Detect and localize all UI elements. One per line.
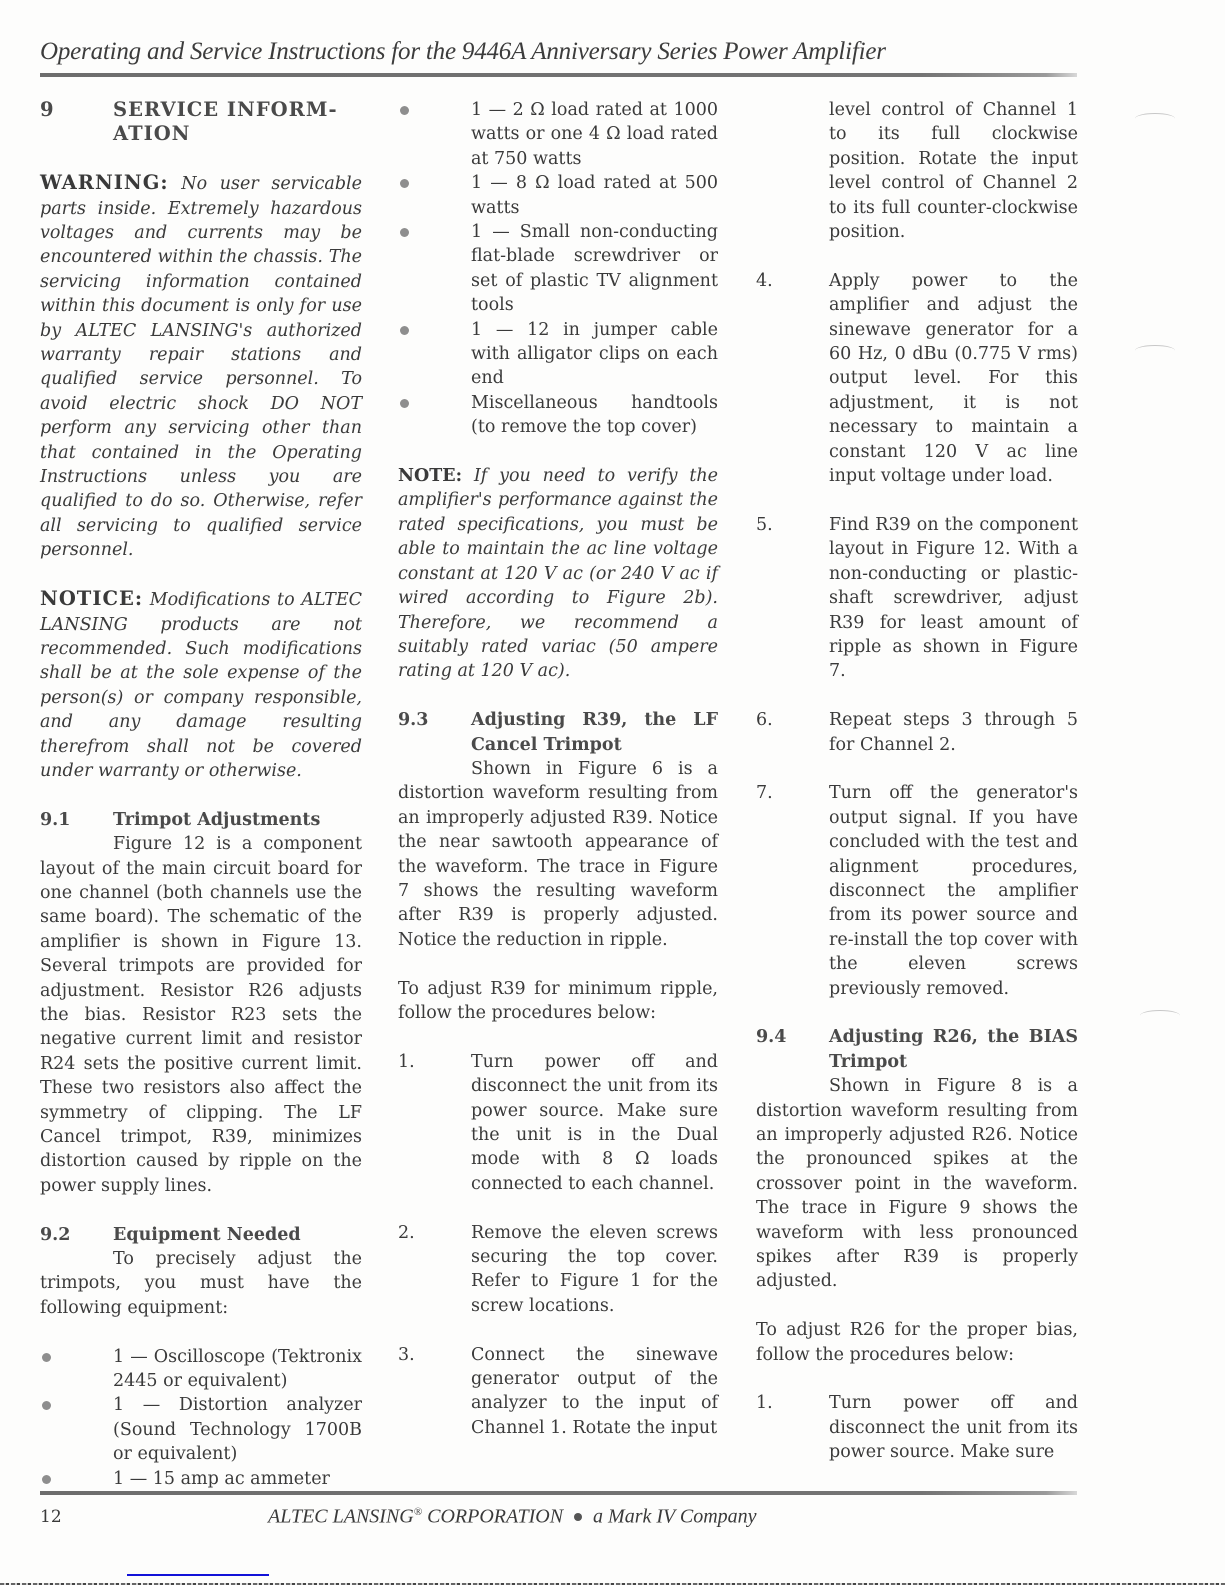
equipment-item: 1 — Distortion analyzer (Sound Technolog… xyxy=(40,1393,362,1466)
section-9-3-intro: To adjust R39 for minimum ripple, follow… xyxy=(398,977,718,1026)
note-label: NOTE: xyxy=(398,466,462,486)
procedure-step: 1. Turn power off and disconnect the uni… xyxy=(756,1391,1078,1464)
scan-artifact xyxy=(1140,1010,1180,1021)
notice-label: NOTICE: xyxy=(40,587,143,610)
section-9-4-body: Shown in Figure 8 is a distortion wavefo… xyxy=(756,1074,1078,1294)
bullet-icon xyxy=(40,1467,113,1491)
note-paragraph: NOTE: If you need to verify the amplifie… xyxy=(398,464,718,684)
header-rule xyxy=(40,73,1077,77)
corporation-label: CORPORATION xyxy=(427,1506,563,1528)
section-9-3-body: Shown in Figure 6 is a distortion wavefo… xyxy=(398,757,718,952)
bullet-icon xyxy=(398,391,471,440)
footer-company-line: ALTEC LANSING® CORPORATION a Mark IV Com… xyxy=(268,1500,757,1529)
bullet-icon xyxy=(40,1345,113,1394)
equipment-item: 1 — Oscilloscope (Tektronix 2445 or equi… xyxy=(40,1345,362,1394)
registered-mark: ® xyxy=(414,1506,422,1518)
section-9-4-heading: 9.4 Adjusting R26, the BIAS Trimpot xyxy=(756,1025,1078,1074)
section-9-2-body: To precisely adjust the trimpots, you mu… xyxy=(40,1247,362,1320)
section-9-heading: 9 SERVICE INFORM- ATION xyxy=(40,98,362,147)
procedure-step: 4. Apply power to the amplifier and adju… xyxy=(756,269,1078,489)
company-name: ALTEC LANSING xyxy=(268,1506,414,1528)
bullet-icon xyxy=(574,1513,582,1521)
bullet-icon xyxy=(398,318,471,391)
bullet-icon xyxy=(398,220,471,318)
equipment-item: 1 — Small non-conducting flat-blade scre… xyxy=(398,220,718,318)
section-title: SERVICE INFORM- ATION xyxy=(113,98,362,147)
column-1: 9 SERVICE INFORM- ATION WARNING: No user… xyxy=(40,98,362,1491)
procedure-step-continued: level control of Channel 1 to its full c… xyxy=(756,98,1078,244)
page-header-title: Operating and Service Instructions for t… xyxy=(40,40,886,64)
scan-artifact xyxy=(1135,113,1175,124)
equipment-item: 1 — 12 in jumper cable with alligator cl… xyxy=(398,318,718,391)
warning-label: WARNING: xyxy=(40,171,169,194)
note-text: If you need to verify the amplifier's pe… xyxy=(398,466,718,681)
column-2: 1 — 2 Ω load rated at 1000 watts or one … xyxy=(398,98,718,1440)
section-9-4-intro: To adjust R26 for the proper bias, follo… xyxy=(756,1318,1078,1367)
column-3: level control of Channel 1 to its full c… xyxy=(756,98,1078,1465)
section-9-1-body: Figure 12 is a component layout of the m… xyxy=(40,832,362,1198)
notice-text: Modifications to ALTEC LANSING products … xyxy=(40,590,362,781)
section-9-1-heading: 9.1 Trimpot Adjustments xyxy=(40,808,362,832)
procedure-step: 3. Connect the sinewave generator output… xyxy=(398,1343,718,1441)
equipment-item: Miscellaneous handtools (to remove the t… xyxy=(398,391,718,440)
equipment-item: 1 — 2 Ω load rated at 1000 watts or one … xyxy=(398,98,718,171)
procedure-step: 1. Turn power off and disconnect the uni… xyxy=(398,1050,718,1196)
bullet-icon xyxy=(398,171,471,220)
section-9-2-heading: 9.2 Equipment Needed xyxy=(40,1223,362,1247)
bullet-icon xyxy=(398,98,471,171)
hyperlink-underline[interactable] xyxy=(127,1574,269,1576)
page-number: 12 xyxy=(40,1505,62,1529)
warning-text: No user servicable parts inside. Extreme… xyxy=(40,174,362,560)
warning-paragraph: WARNING: No user servicable parts inside… xyxy=(40,171,362,563)
bullet-icon xyxy=(40,1393,113,1466)
notice-paragraph: NOTICE: Modifications to ALTEC LANSING p… xyxy=(40,587,362,783)
equipment-item: 1 — 15 amp ac ammeter xyxy=(40,1467,362,1491)
footer-rule xyxy=(40,1491,1077,1495)
section-number: 9 xyxy=(40,98,113,147)
procedure-step: 5. Find R39 on the component layout in F… xyxy=(756,513,1078,684)
section-9-3-heading: 9.3 Adjusting R39, the LF Cancel Trimpot xyxy=(398,708,718,757)
company-tagline: a Mark IV Company xyxy=(593,1506,757,1528)
procedure-step: 2. Remove the eleven screws securing the… xyxy=(398,1221,718,1319)
procedure-step: 7. Turn off the generator's output signa… xyxy=(756,781,1078,1001)
equipment-item: 1 — 8 Ω load rated at 500 watts xyxy=(398,171,718,220)
scan-artifact xyxy=(1135,345,1175,356)
procedure-step: 6. Repeat steps 3 through 5 for Channel … xyxy=(756,708,1078,757)
